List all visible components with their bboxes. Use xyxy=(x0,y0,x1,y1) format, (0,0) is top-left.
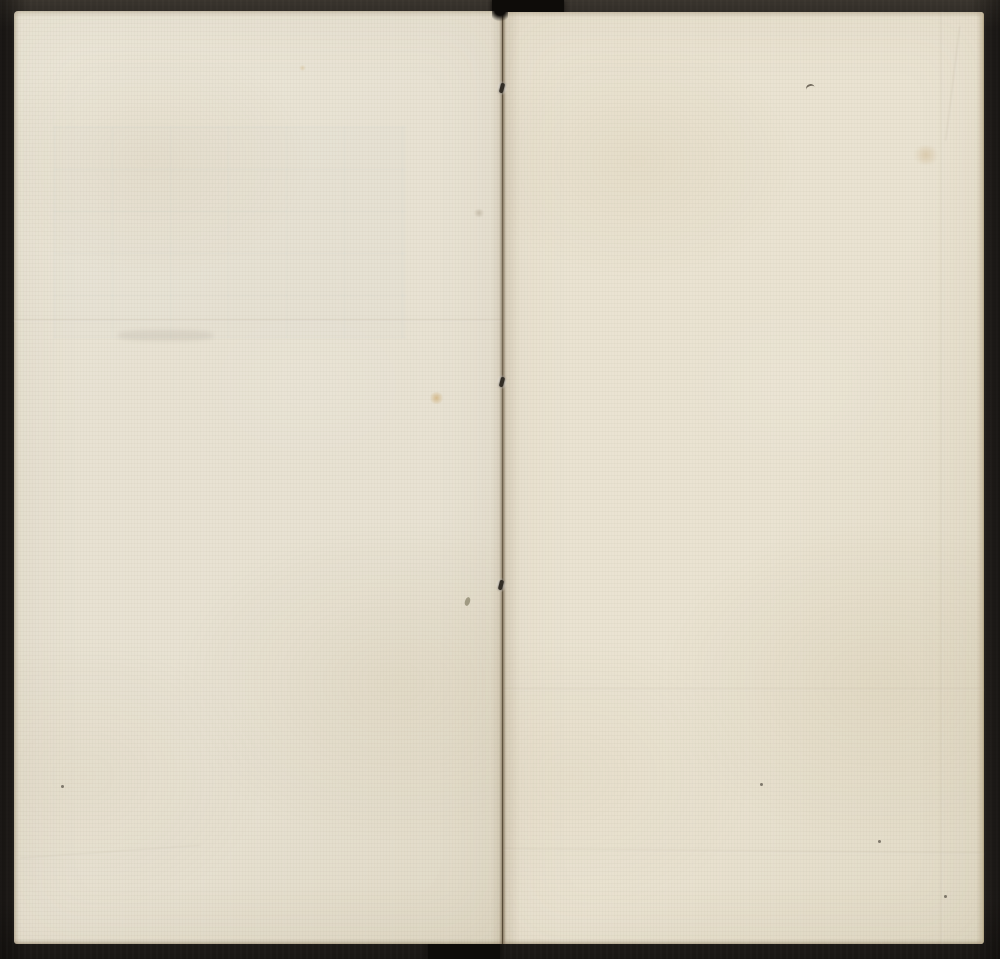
horizontal-crease xyxy=(503,848,984,855)
left-page xyxy=(14,11,503,944)
vertical-crease xyxy=(940,12,943,944)
horizontal-crease xyxy=(503,688,984,691)
fold-top-notch xyxy=(492,10,508,23)
paper-texture xyxy=(503,12,984,944)
stitch-thread xyxy=(495,78,509,98)
photograph-of-open-booklet xyxy=(0,0,1000,959)
show-through-grid xyxy=(54,126,406,338)
corner-wrinkle xyxy=(20,845,200,861)
corner-crease xyxy=(945,26,962,141)
paper-mottling xyxy=(503,12,984,944)
right-page xyxy=(503,12,984,944)
center-fold xyxy=(499,11,506,944)
fore-edge-sheet-stack xyxy=(976,12,984,944)
stitch-thread xyxy=(495,372,509,392)
stitch-thread xyxy=(494,575,508,595)
